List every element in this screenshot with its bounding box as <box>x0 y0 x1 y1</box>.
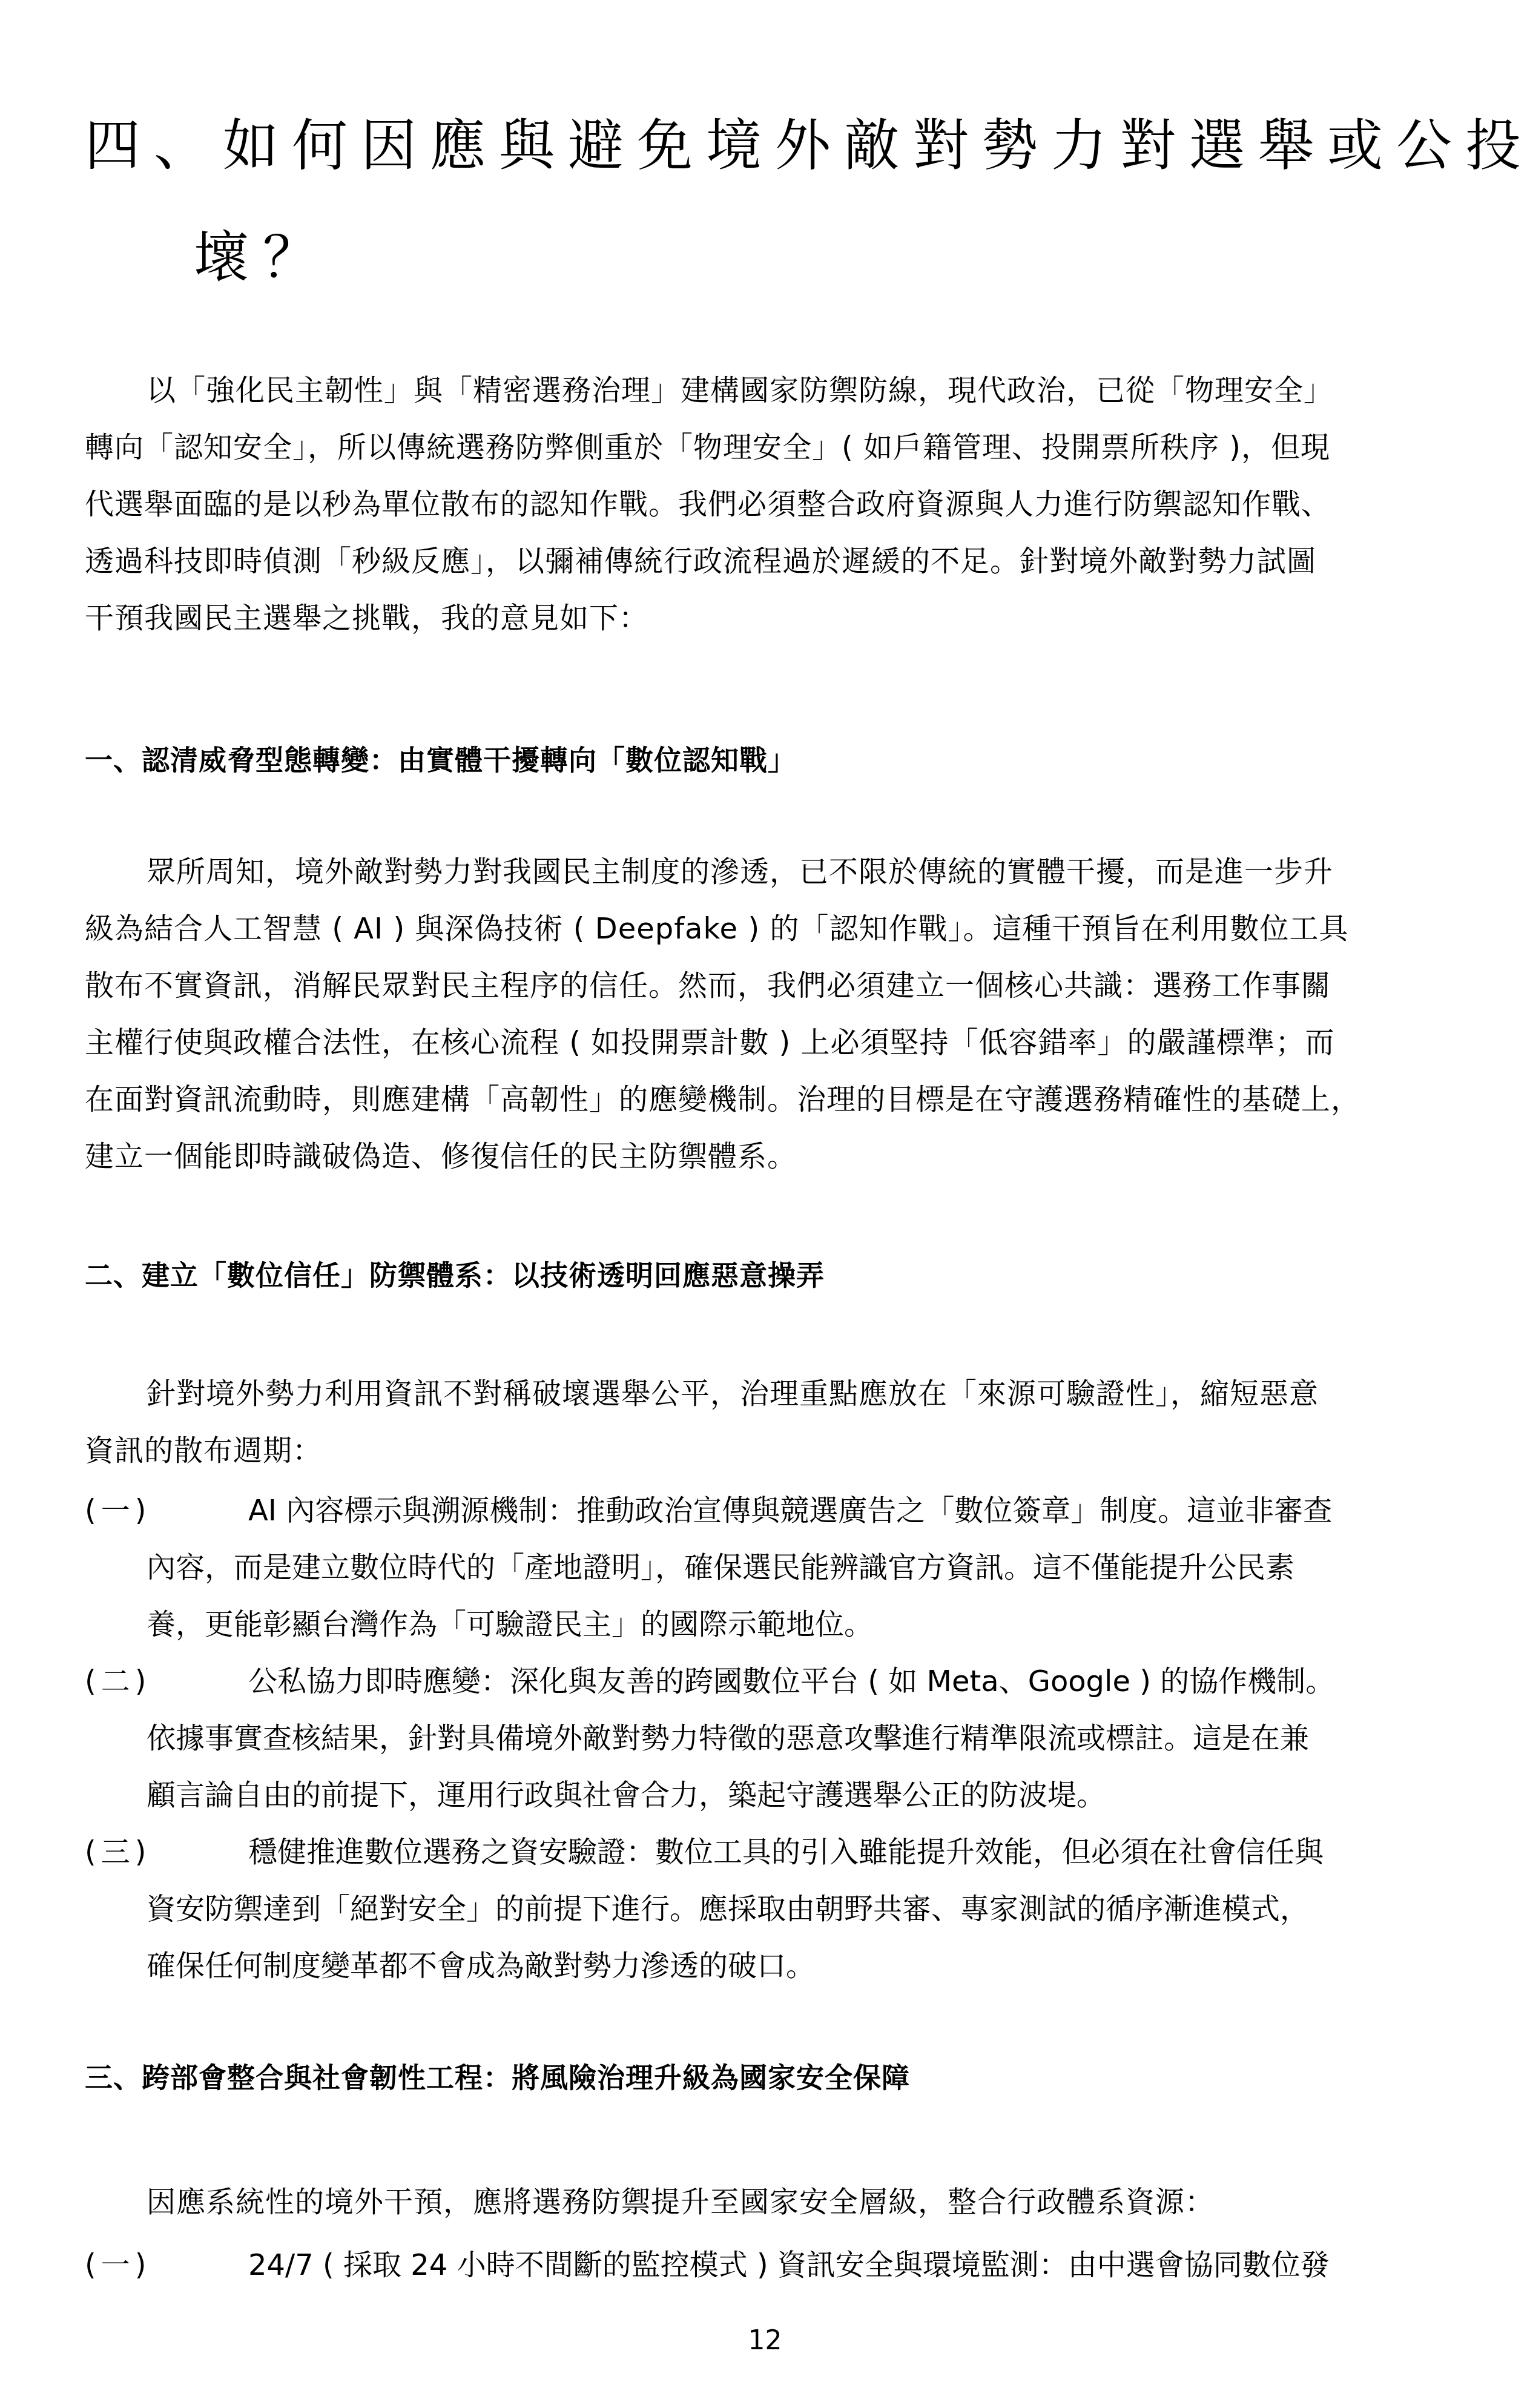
section-heading-2: 二、建立「數位信任」防禦體系：以技術透明回應惡意操弄 <box>85 1261 825 1289</box>
list-marker: (一) <box>85 1482 176 1539</box>
page-title-continuation: 壞？ <box>194 230 332 286</box>
text-line: 級為結合人工智慧 ( AI ) 與深偽技術 ( Deepfake ) 的「認知作… <box>85 900 1441 957</box>
list-item-3-1: (一) 24/7 ( 採取 24 小時不間斷的監控模式 ) 資訊安全與環境監測：… <box>85 2237 1447 2294</box>
text-line: 針對境外勢力利用資訊不對稱破壞選舉公平，治理重點應放在「來源可驗證性」，縮短惡意 <box>85 1365 1441 1422</box>
section-1-paragraph: 眾所周知，境外敵對勢力對我國民主制度的滲透，已不限於傳統的實體干擾，而是進一步升… <box>85 843 1441 1185</box>
text-line: 24/7 ( 採取 24 小時不間斷的監控模式 ) 資訊安全與環境監測：由中選會… <box>85 2237 1447 2294</box>
text-line: 資訊的散布週期： <box>85 1422 1441 1479</box>
intro-paragraph: 以「強化民主韌性」與「精密選務治理」建構國家防禦防線，現代政治，已從「物理安全」… <box>85 362 1441 647</box>
text-line: 轉向「認知安全」，所以傳統選務防弊側重於「物理安全」( 如戶籍管理、投開票所秩序… <box>85 419 1441 476</box>
text-line: 因應系統性的境外干預，應將選務防禦提升至國家安全層級，整合行政體系資源： <box>85 2174 1441 2231</box>
text-line: 建立一個能即時識破偽造、修復信任的民主防禦體系。 <box>85 1128 1441 1185</box>
text-line: 依據事實查核結果，針對具備境外敵對勢力特徵的惡意攻擊進行精準限流或標註。這是在兼 <box>85 1710 1447 1767</box>
text-line: 散布不實資訊，消解民眾對民主程序的信任。然而，我們必須建立一個核心共識：選務工作… <box>85 957 1441 1014</box>
list-item-2-1: (一) AI 內容標示與溯源機制：推動政治宣傳與競選廣告之「數位簽章」制度。這並… <box>85 1482 1447 1653</box>
list-marker: (一) <box>85 2237 176 2294</box>
text-line: 穩健推進數位選務之資安驗證：數位工具的引入雖能提升效能，但必須在社會信任與 <box>85 1824 1447 1881</box>
text-line: 眾所周知，境外敵對勢力對我國民主制度的滲透，已不限於傳統的實體干擾，而是進一步升 <box>85 843 1441 900</box>
text-line: 資安防禦達到「絕對安全」的前提下進行。應採取由朝野共審、專家測試的循序漸進模式， <box>85 1881 1447 1938</box>
text-line: 在面對資訊流動時，則應建構「高韌性」的應變機制。治理的目標是在守護選務精確性的基… <box>85 1071 1441 1128</box>
text-line: 內容，而是建立數位時代的「產地證明」，確保選民能辨識官方資訊。這不僅能提升公民素 <box>85 1539 1447 1596</box>
list-item-2-2: (二) 公私協力即時應變：深化與友善的跨國數位平台 ( 如 Meta、Googl… <box>85 1653 1447 1824</box>
text-line: AI 內容標示與溯源機制：推動政治宣傳與競選廣告之「數位簽章」制度。這並非審查 <box>85 1482 1447 1539</box>
text-line: 代選舉面臨的是以秒為單位散布的認知作戰。我們必須整合政府資源與人力進行防禦認知作… <box>85 476 1441 533</box>
list-marker: (二) <box>85 1653 176 1710</box>
text-line: 透過科技即時偵測「秒級反應」，以彌補傳統行政流程過於遲緩的不足。針對境外敵對勢力… <box>85 533 1441 590</box>
text-line: 公私協力即時應變：深化與友善的跨國數位平台 ( 如 Meta、Google ) … <box>85 1653 1447 1710</box>
page-title: 四、如何因應與避免境外敵對勢力對選舉或公投之破 <box>85 118 1530 174</box>
document-page: 四、如何因應與避免境外敵對勢力對選舉或公投之破 壞？ 以「強化民主韌性」與「精密… <box>0 0 1530 2408</box>
section-heading-3: 三、跨部會整合與社會韌性工程：將風險治理升級為國家安全保障 <box>85 2063 910 2091</box>
list-item-2-3: (三) 穩健推進數位選務之資安驗證：數位工具的引入雖能提升效能，但必須在社會信任… <box>85 1824 1447 1994</box>
text-line: 以「強化民主韌性」與「精密選務治理」建構國家防禦防線，現代政治，已從「物理安全」 <box>85 362 1441 419</box>
text-line: 顧言論自由的前提下，運用行政與社會合力，築起守護選舉公正的防波堤。 <box>85 1767 1447 1824</box>
section-3-paragraph: 因應系統性的境外干預，應將選務防禦提升至國家安全層級，整合行政體系資源： <box>85 2174 1441 2231</box>
text-line: 養，更能彰顯台灣作為「可驗證民主」的國際示範地位。 <box>85 1596 1447 1653</box>
page-number: 12 <box>0 2325 1530 2356</box>
text-line: 干預我國民主選舉之挑戰，我的意見如下： <box>85 590 1441 647</box>
section-heading-1: 一、認清威脅型態轉變：由實體干擾轉向「數位認知戰」 <box>85 746 796 774</box>
list-marker: (三) <box>85 1824 176 1881</box>
text-line: 主權行使與政權合法性，在核心流程 ( 如投開票計數 ) 上必須堅持「低容錯率」的… <box>85 1014 1441 1071</box>
text-line: 確保任何制度變革都不會成為敵對勢力滲透的破口。 <box>85 1938 1447 1994</box>
section-2-paragraph: 針對境外勢力利用資訊不對稱破壞選舉公平，治理重點應放在「來源可驗證性」，縮短惡意… <box>85 1365 1441 1479</box>
